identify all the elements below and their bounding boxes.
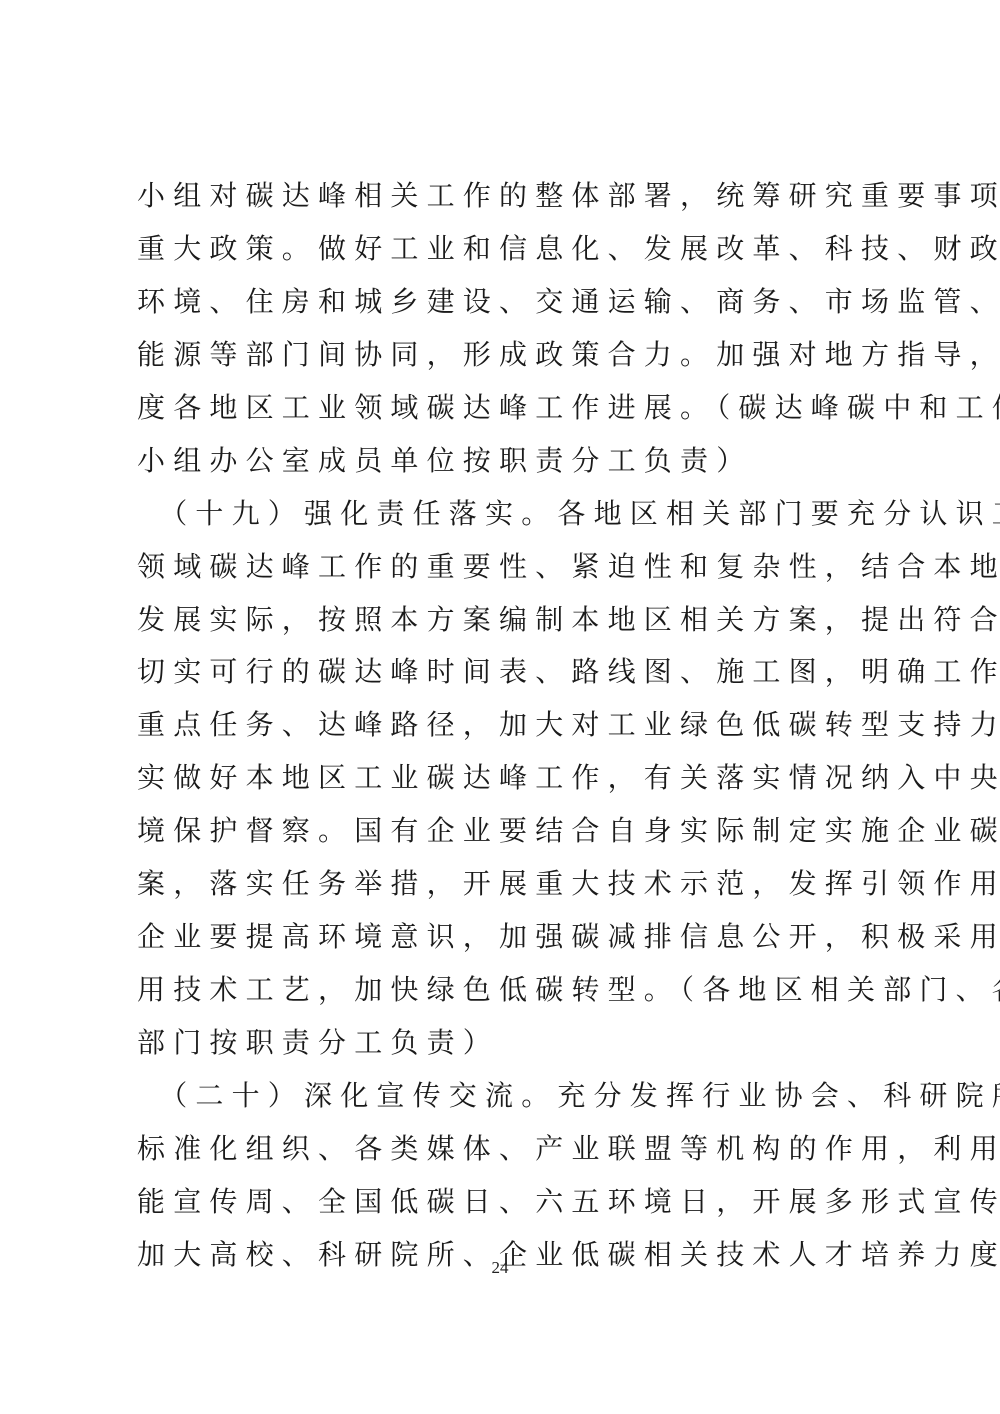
text-line: 部门按职责分工负责） [137, 1017, 877, 1070]
text-line: 发展实际，按照本方案编制本地区相关方案，提出符合实际、 [137, 594, 877, 647]
text-line: 企业要提高环境意识，加强碳减排信息公开，积极采用先进适 [137, 911, 877, 964]
text-line: 境保护督察。国有企业要结合自身实际制定实施企业碳达峰方 [137, 805, 877, 858]
text-line: 切实可行的碳达峰时间表、路线图、施工图，明确工作目标、 [137, 646, 877, 699]
text-line: 用技术工艺，加快绿色低碳转型。（各地区相关部门、各有关 [137, 964, 877, 1017]
text-line: 小组对碳达峰相关工作的整体部署，统筹研究重要事项，制定 [137, 170, 877, 223]
text-line: 能宣传周、全国低碳日、六五环境日，开展多形式宣传教育。 [137, 1176, 877, 1229]
text-line: 度各地区工业领域碳达峰工作进展。（碳达峰碳中和工作领导 [137, 382, 877, 435]
text-line: 领域碳达峰工作的重要性、紧迫性和复杂性，结合本地区工业 [137, 541, 877, 594]
body-text: 小组对碳达峰相关工作的整体部署，统筹研究重要事项，制定 重大政策。做好工业和信息… [137, 170, 877, 1282]
text-line: 重大政策。做好工业和信息化、发展改革、科技、财政、生态 [137, 223, 877, 276]
section-heading-line: （十九）强化责任落实。各地区相关部门要充分认识工业 [137, 488, 877, 541]
document-page: 小组对碳达峰相关工作的整体部署，统筹研究重要事项，制定 重大政策。做好工业和信息… [0, 0, 1000, 1414]
text-line: 重点任务、达峰路径，加大对工业绿色低碳转型支持力度，切 [137, 699, 877, 752]
text-line: 标准化组织、各类媒体、产业联盟等机构的作用，利用全国节 [137, 1123, 877, 1176]
text-line: 案，落实任务举措，开展重大技术示范，发挥引领作用。中小 [137, 858, 877, 911]
text-line: 能源等部门间协同，形成政策合力。加强对地方指导，及时调 [137, 329, 877, 382]
page-number: 24 [0, 1258, 1000, 1278]
text-line: 环境、住房和城乡建设、交通运输、商务、市场监管、金融、 [137, 276, 877, 329]
text-line: 实做好本地区工业碳达峰工作，有关落实情况纳入中央生态环 [137, 752, 877, 805]
text-line: 小组办公室成员单位按职责分工负责） [137, 435, 877, 488]
section-heading-line: （二十）深化宣传交流。充分发挥行业协会、科研院所、 [137, 1070, 877, 1123]
